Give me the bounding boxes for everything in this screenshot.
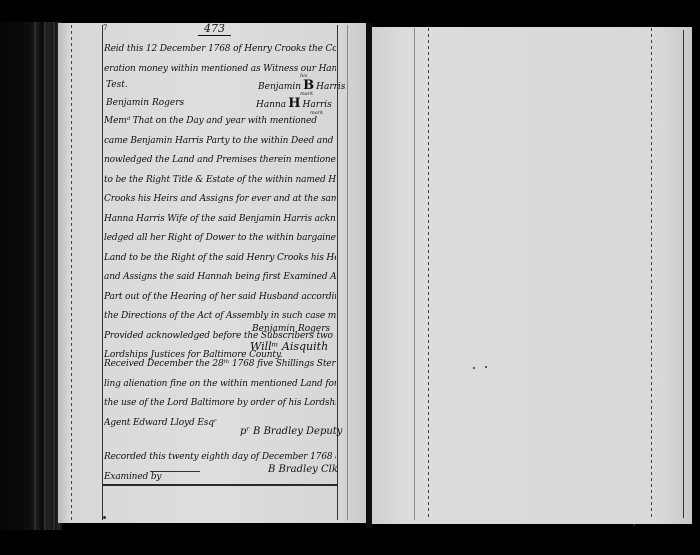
text-line: Land to be the Right of the said Henry C… <box>104 249 336 269</box>
text-line: Hanna Harris Wife of the said Benjamin H… <box>104 210 336 230</box>
binding-edge <box>34 22 36 530</box>
test-label: Test. <box>106 80 128 90</box>
text-line: to be the Right Title & Estate of the wi… <box>104 171 336 191</box>
examined-by-line <box>150 471 200 472</box>
right-page-margin-rule <box>414 28 415 520</box>
text-line: Part out of the Hearing of her said Husb… <box>104 288 336 308</box>
text-line: Memᵈ That on the Day and year with menti… <box>104 112 336 132</box>
text-line: and Assigns the said Hannah being first … <box>104 268 336 288</box>
right-page-margin-rule <box>428 28 429 520</box>
mark-label: his <box>300 73 307 79</box>
outer-margin-rule <box>347 25 348 520</box>
right-page <box>372 27 692 524</box>
book-binding <box>0 22 62 530</box>
ink-speck <box>633 524 635 526</box>
text-line: Crooks his Heirs and Assigns for ever an… <box>104 190 336 210</box>
right-page-margin-rule <box>651 28 652 520</box>
folio-number: 473 <box>198 22 231 36</box>
deputy-signature: pʳ B Bradley Deputy <box>240 426 342 437</box>
text-line: Reid this 12 December 1768 of Henry Croo… <box>104 40 336 60</box>
signature-mark: H <box>288 96 300 111</box>
ink-speck <box>473 367 475 369</box>
binding-edge <box>44 22 46 530</box>
right-page-edge-rule <box>683 30 684 518</box>
text-line: nowledged the Land and Premises therein … <box>104 151 336 171</box>
binding-edge <box>53 22 55 530</box>
text-line: Received December the 28ᵗʰ 1768 five Shi… <box>104 355 336 375</box>
text-line: the use of the Lord Baltimore by order o… <box>104 394 336 414</box>
justice-signature: Willᵐ Aisquith <box>250 340 328 353</box>
page-mark: 7 <box>103 24 107 32</box>
text-line: came Benjamin Harris Party to the within… <box>104 132 336 152</box>
witness-signature: Benjamin Rogers <box>106 98 184 108</box>
signatory-hanna-harris: HannaHHarris <box>256 96 332 111</box>
left-margin-rule <box>102 25 103 520</box>
ink-speck <box>103 516 106 519</box>
text-line: ling alienation fine on the within menti… <box>104 375 336 395</box>
justice-signature: Benjamin Rogers <box>252 324 330 334</box>
margin-rule <box>71 25 72 520</box>
clerk-signature: B Bradley Clk <box>268 464 338 475</box>
signatory-last-name: Harris <box>316 82 345 92</box>
alienation-receipt-text: Received December the 28ᵗʰ 1768 five Shi… <box>104 355 336 433</box>
text-line: ledged all her Right of Dower to the wit… <box>104 229 336 249</box>
signatory-first-name: Benjamin <box>258 82 301 92</box>
right-margin-rule <box>337 25 338 520</box>
signatory-first-name: Hanna <box>256 100 286 110</box>
ink-speck <box>485 366 487 368</box>
signatory-last-name: Harris <box>302 100 331 110</box>
